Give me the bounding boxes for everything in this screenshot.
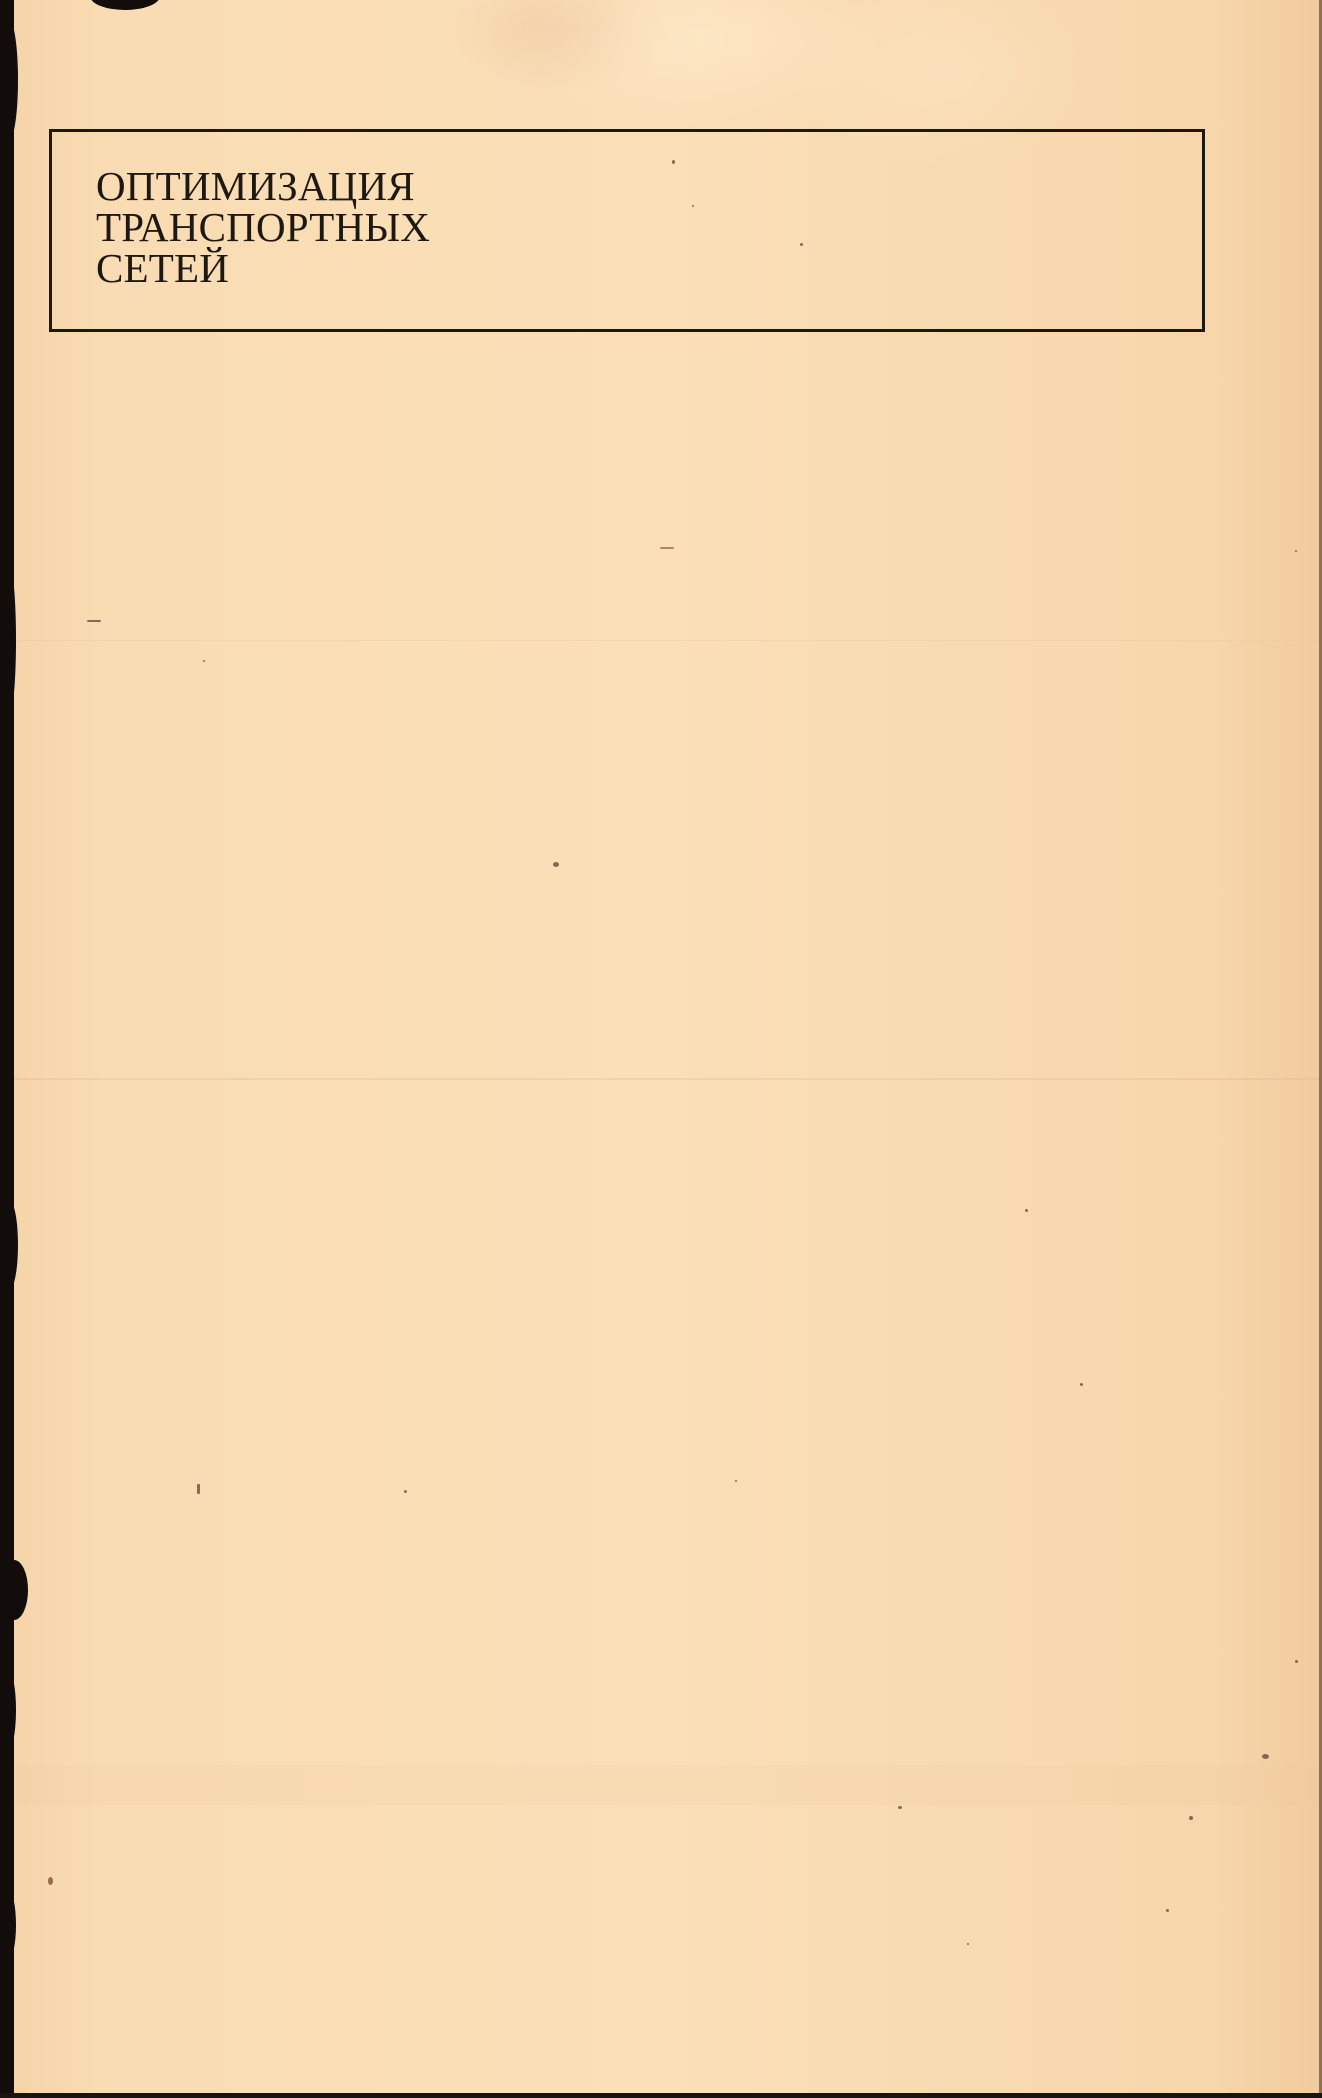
- paper-speck: [660, 547, 674, 549]
- paper-speck: [1295, 550, 1297, 552]
- torn-edge-fragment: [0, 1200, 18, 1290]
- paper-speck: [967, 1943, 969, 1945]
- title-box: ОПТИМИЗАЦИЯ ТРАНСПОРТНЫХ СЕТЕЙ: [49, 129, 1205, 332]
- scan-line: [0, 1078, 1322, 1080]
- paper-speck: [1262, 1754, 1269, 1759]
- paper-speck: [1295, 1660, 1298, 1663]
- paper-speck: [553, 862, 559, 867]
- torn-edge-fragment: [0, 560, 16, 720]
- torn-edge-fragment: [0, 1670, 16, 1750]
- paper-speck: [404, 1490, 407, 1493]
- paper-speck: [692, 205, 694, 207]
- paper-speck: [1189, 1816, 1193, 1820]
- torn-edge-fragment: [0, 1560, 28, 1620]
- scan-band: [0, 1765, 1322, 1805]
- torn-edge-fragment: [0, 1800, 14, 1860]
- paper-speck: [1080, 1383, 1083, 1386]
- scan-line: [0, 640, 1322, 641]
- paper-speck: [203, 660, 205, 662]
- title-line-3: СЕТЕЙ: [96, 248, 430, 289]
- paper-speck: [672, 160, 675, 164]
- bottom-page-edge: [0, 2093, 1322, 2098]
- paper-speck: [1166, 1909, 1169, 1912]
- torn-edge-fragment: [0, 1890, 16, 1960]
- paper-speck: [48, 1877, 53, 1885]
- torn-left-edge: [0, 0, 14, 2098]
- paper-speck: [800, 243, 803, 246]
- book-title: ОПТИМИЗАЦИЯ ТРАНСПОРТНЫХ СЕТЕЙ: [96, 166, 430, 289]
- paper-speck: [1025, 1209, 1028, 1212]
- paper-speck: [898, 1806, 902, 1809]
- title-line-1: ОПТИМИЗАЦИЯ: [96, 166, 430, 207]
- paper-speck: [87, 620, 101, 622]
- page: ОПТИМИЗАЦИЯ ТРАНСПОРТНЫХ СЕТЕЙ: [0, 0, 1322, 2098]
- top-edge-shadow: [90, 0, 160, 10]
- torn-edge-fragment: [0, 20, 18, 140]
- paper-speck: [735, 1480, 737, 1482]
- paper-speck: [197, 1484, 200, 1494]
- title-line-2: ТРАНСПОРТНЫХ: [96, 207, 430, 248]
